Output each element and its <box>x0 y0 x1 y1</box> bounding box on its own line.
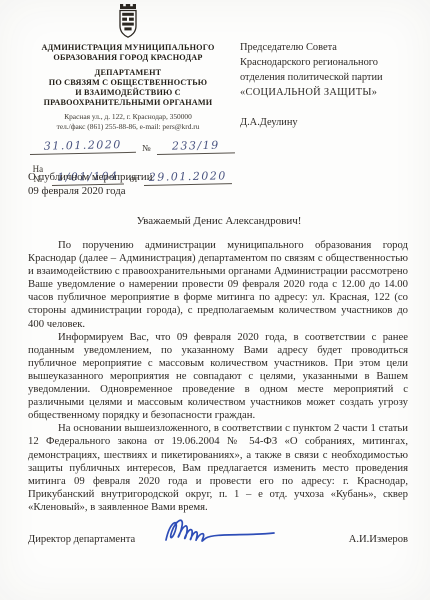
addressee-line: Председателю Совета <box>240 40 420 55</box>
signer-position: Директор департамента <box>28 534 135 545</box>
outgoing-number-handwritten: 233/19 <box>156 138 234 155</box>
body-paragraph: На основании вышеизложенного, в соответс… <box>28 422 408 514</box>
salutation: Уважаемый Денис Александрович! <box>28 215 410 227</box>
org-name: АДМИНИСТРАЦИЯ МУНИЦИПАЛЬНОГО ОБРАЗОВАНИЯ… <box>24 43 232 63</box>
org-name-line: АДМИНИСТРАЦИЯ МУНИЦИПАЛЬНОГО <box>24 43 232 53</box>
department-line: ПО СВЯЗЯМ С ОБЩЕСТВЕННОСТЬЮ <box>24 78 232 88</box>
subject-line: О публичном мероприятии <box>28 170 152 184</box>
outgoing-date-handwritten: 31.01.2020 <box>30 138 136 155</box>
reference-line-outgoing: 31.01.2020 № 233/19 <box>24 140 232 155</box>
addressee-block: Председателю Совета Краснодарского регио… <box>240 40 420 130</box>
krasnodar-coat-of-arms-icon <box>115 2 141 40</box>
number-label: № <box>142 143 151 155</box>
department-line: ДЕПАРТАМЕНТ <box>24 68 232 78</box>
subject-line: 09 февраля 2020 года <box>28 184 152 198</box>
signer-name: А.И.Измеров <box>349 534 408 545</box>
addressee-party-name: «СОЦИАЛЬНОЙ ЗАЩИТЫ» <box>240 85 420 100</box>
department-name: ДЕПАРТАМЕНТ ПО СВЯЗЯМ С ОБЩЕСТВЕННОСТЬЮ … <box>24 68 232 108</box>
addressee-line: Краснодарского регионального <box>240 55 420 70</box>
signature-handwritten-icon <box>156 510 286 559</box>
department-line: И ВЗАИМОДЕЙСТВИЮ С <box>24 88 232 98</box>
incoming-date-handwritten: 29.01.2020 <box>144 169 232 186</box>
body-paragraph: По поручению администрации муниципальног… <box>28 239 408 331</box>
org-contacts: тел./факс (861) 255-88-86, e-mail: pers@… <box>24 122 232 132</box>
org-address: Красная ул., д. 122, г. Краснодар, 35000… <box>24 112 232 122</box>
addressee-line: отделения политической партии <box>240 70 420 85</box>
letter-body: По поручению администрации муниципальног… <box>28 239 408 514</box>
department-line: ПРАВООХРАНИТЕЛЬНЫМИ ОРГАНАМИ <box>24 98 232 108</box>
org-name-line: ОБРАЗОВАНИЯ ГОРОД КРАСНОДАР <box>24 53 232 63</box>
subject-block: О публичном мероприятии 09 февраля 2020 … <box>28 170 152 198</box>
addressee-person-name: Д.А.Деулину <box>240 115 420 130</box>
body-paragraph: Информируем Вас, что 09 февраля 2020 год… <box>28 331 408 423</box>
letter-page: АДМИНИСТРАЦИЯ МУНИЦИПАЛЬНОГО ОБРАЗОВАНИЯ… <box>0 0 430 600</box>
letterhead: АДМИНИСТРАЦИЯ МУНИЦИПАЛЬНОГО ОБРАЗОВАНИЯ… <box>24 2 232 186</box>
